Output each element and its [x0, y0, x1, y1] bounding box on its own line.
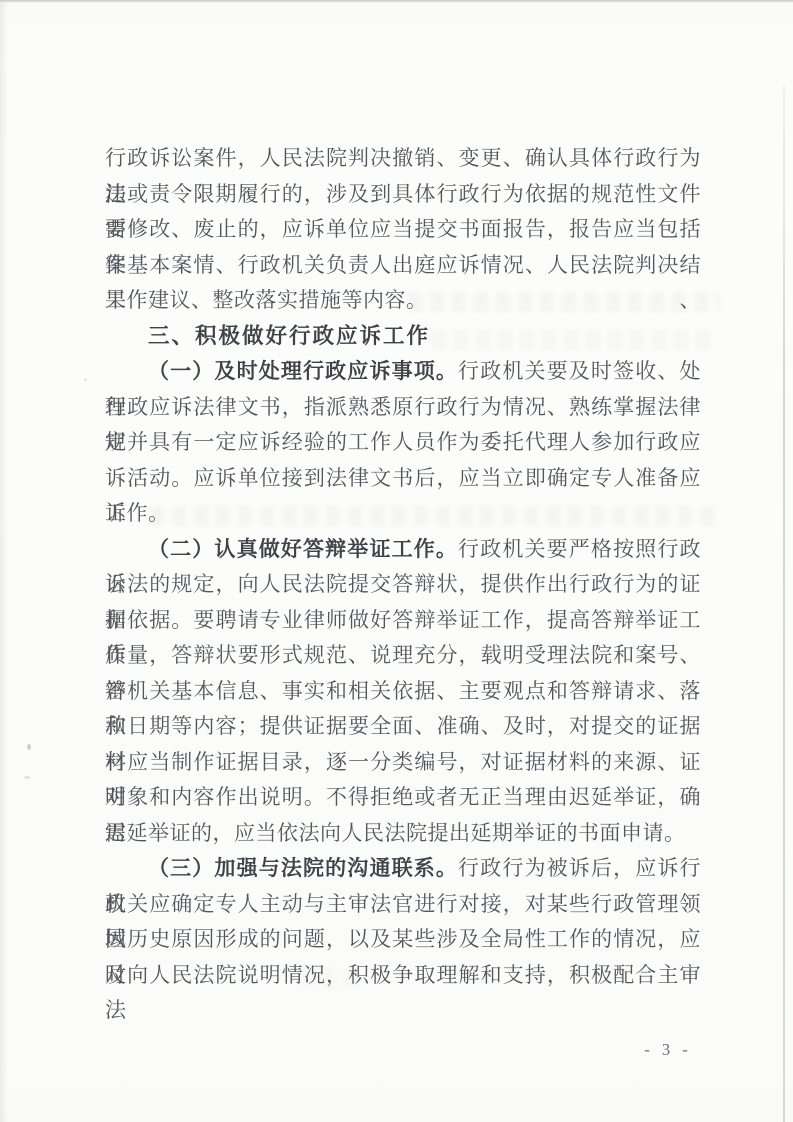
text-line: 定并具有一定应诉经验的工作人员作为委托代理人参加行政应 [105, 425, 701, 461]
text-line: 对象和内容作出说明。不得拒绝或者无正当理由迟延举证，确需 [105, 780, 701, 816]
section-heading: 三、积极做好行政应诉工作 [105, 319, 701, 355]
text-line: 因历史原因形成的问题，以及某些涉及全局性工作的情况，应及 [105, 922, 701, 958]
text-line: （二）认真做好答辩举证工作。行政机关要严格按照行政诉 [105, 532, 701, 568]
scan-edge-left [0, 0, 8, 1122]
text-line: （一）及时处理行政应诉事项。行政机关要及时签收、处理 [105, 354, 701, 390]
paragraph: 行政诉讼案件，人民法院判决撤销、变更、确认具体行政行为违法或责令限期履行的，涉及… [105, 141, 701, 319]
scan-speck [84, 378, 87, 381]
paragraph: （三）加强与法院的沟通联系。行政行为被诉后，应诉行政机关应确定专人主动与主审法官… [105, 851, 701, 993]
paragraph: （一）及时处理行政应诉事项。行政机关要及时签收、处理行政应诉法律文书，指派熟悉原… [105, 354, 701, 532]
text-line: 迟延举证的，应当依法向人民法院提出延期举证的书面申请。 [105, 816, 701, 852]
text-line: 辩机关基本信息、事实和相关依据、主要观点和答辩请求、落款 [105, 674, 701, 710]
text-line: 质量，答辩状要形式规范、说理充分，载明受理法院和案号、答 [105, 638, 701, 674]
scan-edge-top [0, 0, 793, 3]
text-line: 料应当制作证据目录，逐一分类编号，对证据材料的来源、证明 [105, 745, 701, 781]
scan-edge-right [783, 85, 785, 1122]
text-line: 和依据。要聘请专业律师做好答辩举证工作，提高答辩举证工作 [105, 603, 701, 639]
document-body: 行政诉讼案件，人民法院判决撤销、变更、确认具体行政行为违法或责令限期履行的，涉及… [105, 141, 701, 993]
paragraph-lead: （二）认真做好答辩举证工作。 [148, 537, 458, 561]
text-line: 行政应诉法律文书，指派熟悉原行政行为情况、熟练掌握法律规 [105, 390, 701, 426]
scan-speck [24, 776, 30, 779]
paragraph-lead: （一）及时处理行政应诉事项。 [148, 359, 458, 383]
text-line: 工作。 [105, 496, 701, 532]
text-line: （三）加强与法院的沟通联系。行政行为被诉后，应诉行政 [105, 851, 701, 887]
text-line: 行政诉讼案件，人民法院判决撤销、变更、确认具体行政行为违 [105, 141, 701, 177]
text-line: 要修改、废止的，应诉单位应当提交书面报告，报告应当包括案 [105, 212, 701, 248]
text-line: 时向人民法院说明情况，积极争取理解和支持，积极配合主审法 [105, 958, 701, 994]
text-line: 件基本案情、行政机关负责人出庭应诉情况、人民法院判决结果、 [105, 248, 701, 284]
scanned-document-page: 行政诉讼案件，人民法院判决撤销、变更、确认具体行政行为违法或责令限期履行的，涉及… [0, 0, 793, 1122]
paragraph-lead: （三）加强与法院的沟通联系。 [148, 856, 458, 880]
text-line: 机关应确定专人主动与主审法官进行对接，对某些行政管理领域 [105, 887, 701, 923]
text-line: 法或责令限期履行的，涉及到具体行政行为依据的规范性文件需 [105, 177, 701, 213]
text-line: 诉活动。应诉单位接到法律文书后，应当立即确定专人准备应诉 [105, 461, 701, 497]
text-line: 和日期等内容；提供证据要全面、准确、及时，对提交的证据材 [105, 709, 701, 745]
scan-speck [27, 744, 31, 750]
page-number: - 3 - [628, 1038, 708, 1062]
text-line: 讼法的规定，向人民法院提交答辩状，提供作出行政行为的证据 [105, 567, 701, 603]
paragraph: （二）认真做好答辩举证工作。行政机关要严格按照行政诉讼法的规定，向人民法院提交答… [105, 532, 701, 852]
